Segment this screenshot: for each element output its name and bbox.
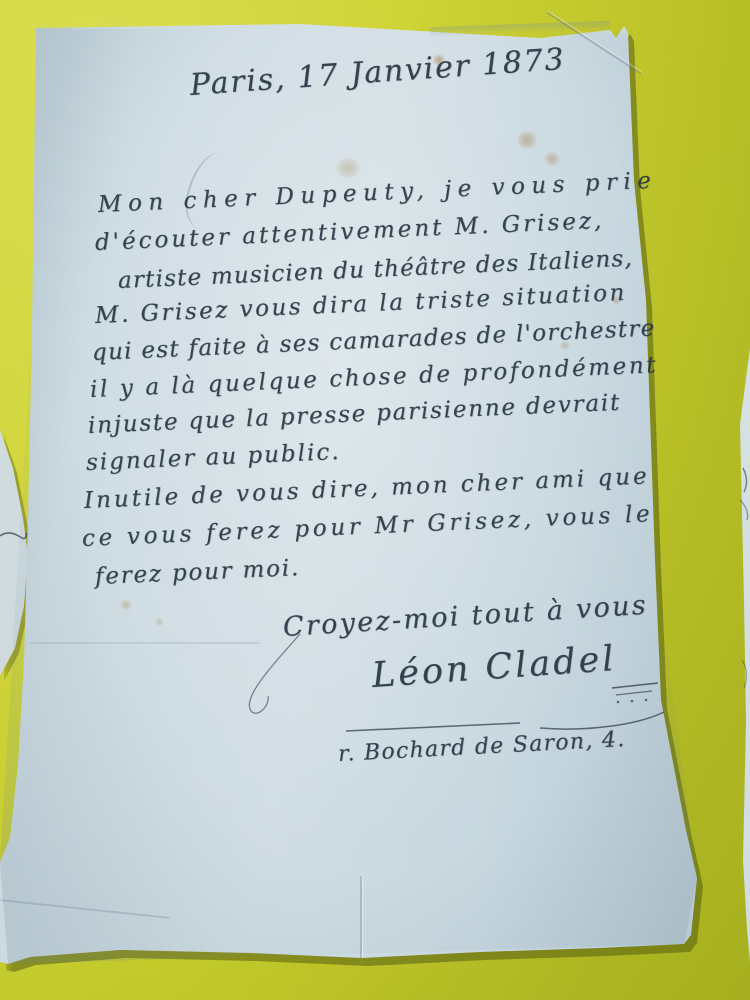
signature-flourish — [0, 0, 750, 1000]
photo-background: Paris, 17 Janvier 1873 Mon cher Dupeuty,… — [0, 0, 750, 1000]
address-overline — [346, 723, 520, 731]
